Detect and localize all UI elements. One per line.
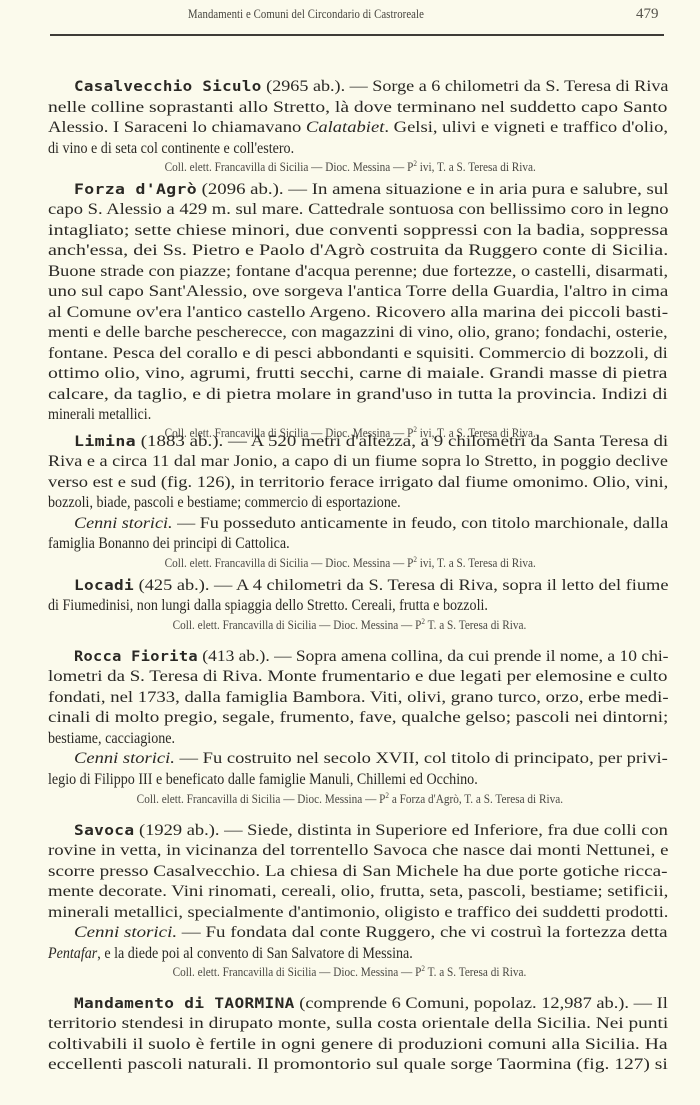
electoral-note: Coll. elett. Francavilla di Sicilia — Di…	[0, 555, 700, 571]
cenni-storici-label: Cenni storici.	[74, 924, 177, 941]
entry-line: Buone strade con piazze; fontane d'acqua…	[48, 262, 668, 282]
entry-line: Limina (1883 ab.). — A 520 metri d'altez…	[74, 432, 668, 452]
cenni-storici-label: Cenni storici.	[74, 750, 175, 767]
entry-title: Mandamento di	[74, 996, 214, 1012]
electoral-note: Coll. elett. Francavilla di Sicilia — Di…	[0, 964, 700, 980]
electoral-note: Coll. elett. Francavilla di Sicilia — Di…	[0, 617, 700, 633]
entry-line: fondati, nel 1733, dalla famiglia Bambor…	[48, 688, 668, 708]
entry-line: territorio stendesi in dirupato monte, s…	[48, 1014, 668, 1034]
entry-line: uno sul capo Sant'Alessio, ove sorgeva l…	[48, 282, 668, 302]
entry-title: Casalvecchio Siculo	[74, 79, 262, 95]
entry-line: fontane. Pesca del corallo e di pesci ab…	[48, 344, 668, 364]
historical-notes-line: Cenni storici. — Fu costruito nel secolo…	[74, 749, 668, 769]
entry-line: eccellenti pascoli naturali. Il promonto…	[48, 1055, 668, 1075]
running-head: Mandamenti e Comuni del Circondario di C…	[0, 7, 700, 27]
historical-notes-line: Pentafar, e la diede poi al convento di …	[48, 944, 668, 964]
entry-line: Alessio. I Saraceni lo chiamavano Calata…	[48, 118, 668, 138]
historical-notes-line: famiglia Bonanno dei principi di Cattoli…	[48, 534, 668, 554]
entry-line: Casalvecchio Siculo (2965 ab.). — Sorge …	[74, 77, 668, 97]
book-page: Mandamenti e Comuni del Circondario di C…	[0, 0, 700, 1105]
entry-line: scorre presso Casalvecchio. La chiesa di…	[48, 862, 668, 882]
entry-line: verso est e sud (fig. 126), in territori…	[48, 473, 668, 493]
entry-line: bestiame, cacciagione.	[48, 729, 668, 749]
page-number: 479	[636, 6, 659, 23]
entry-title: Savoca	[74, 823, 134, 839]
entry-line: coltivabili il suolo è fertile in ogni g…	[48, 1035, 668, 1055]
entry-line: intagliato; sette chiese minori, due con…	[48, 221, 668, 241]
entry-line: ottimo olio, vino, agrumi, frutti secchi…	[48, 364, 668, 384]
entry-line: Forza d'Agrò (2096 ab.). — In amena situ…	[74, 180, 668, 200]
entry-line: calcare, da taglio, e di pietra molare i…	[48, 385, 668, 405]
cenni-storici-label: Cenni storici.	[74, 515, 173, 532]
electoral-note: Coll. elett. Francavilla di Sicilia — Di…	[0, 791, 700, 807]
entry-line: al Comune ov'era l'antico castello Argen…	[48, 303, 668, 323]
entry-line: Locadi (425 ab.). — A 4 chilometri da S.…	[74, 576, 668, 596]
entry-line: capo S. Alessio a 429 m. sul mare. Catte…	[48, 200, 668, 220]
entry-title: Rocca Fiorita	[74, 649, 198, 665]
italic-term: Calatabiet	[306, 119, 384, 136]
entry-title: Limina	[74, 434, 136, 450]
entry-line: menti e delle barche pescherecce, con ma…	[48, 323, 668, 343]
italic-term: Pentafar	[48, 945, 97, 962]
entry-line: rovine in vetta, in vicinanza del torren…	[48, 841, 668, 861]
entry-title-caps: TAORMINA	[214, 996, 294, 1012]
entry-title: Forza d'Agrò	[74, 182, 197, 198]
entry-line: Rocca Fiorita (413 ab.). — Sopra amena c…	[74, 647, 668, 667]
running-title: Mandamenti e Comuni del Circondario di C…	[188, 7, 424, 22]
entry-line: di vino e di seta col continente e coll'…	[48, 139, 668, 159]
entry-line: di Fiumedinisi, non lungi dalla spiaggia…	[48, 596, 668, 616]
entry-line: nelle colline soprastanti allo Stretto, …	[48, 98, 668, 118]
entry-line: bozzoli, biade, pascoli e bestiame; comm…	[48, 493, 668, 513]
electoral-note: Coll. elett. Francavilla di Sicilia — Di…	[0, 159, 700, 175]
historical-notes-line: legio di Filippo III e beneficato dalle …	[48, 770, 668, 790]
historical-notes-line: Cenni storici. — Fu fondata dal conte Ru…	[74, 923, 668, 943]
entry-line: minerali metallici.	[48, 405, 668, 425]
entry-line: Riva e a circa 11 dal mar Jonio, a capo …	[48, 452, 668, 472]
entry-line: cinali di molto pregio, segale, frumento…	[48, 708, 668, 728]
historical-notes-line: Cenni storici. — Fu posseduto anticament…	[74, 514, 668, 534]
header-rule	[50, 34, 664, 36]
entry-line: Mandamento di TAORMINA (comprende 6 Comu…	[74, 994, 668, 1014]
entry-line: mente decorate. Vini rinomati, cereali, …	[48, 882, 668, 902]
entry-line: anch'essa, dei Ss. Pietro e Paolo d'Agrò…	[48, 241, 668, 261]
entry-line: Savoca (1929 ab.). — Siede, distinta in …	[74, 821, 668, 841]
entry-title: Locadi	[74, 578, 134, 594]
entry-line: minerali metallici, specialmente d'antim…	[48, 903, 668, 923]
entry-line: lometri da S. Teresa di Riva. Monte frum…	[48, 667, 668, 687]
